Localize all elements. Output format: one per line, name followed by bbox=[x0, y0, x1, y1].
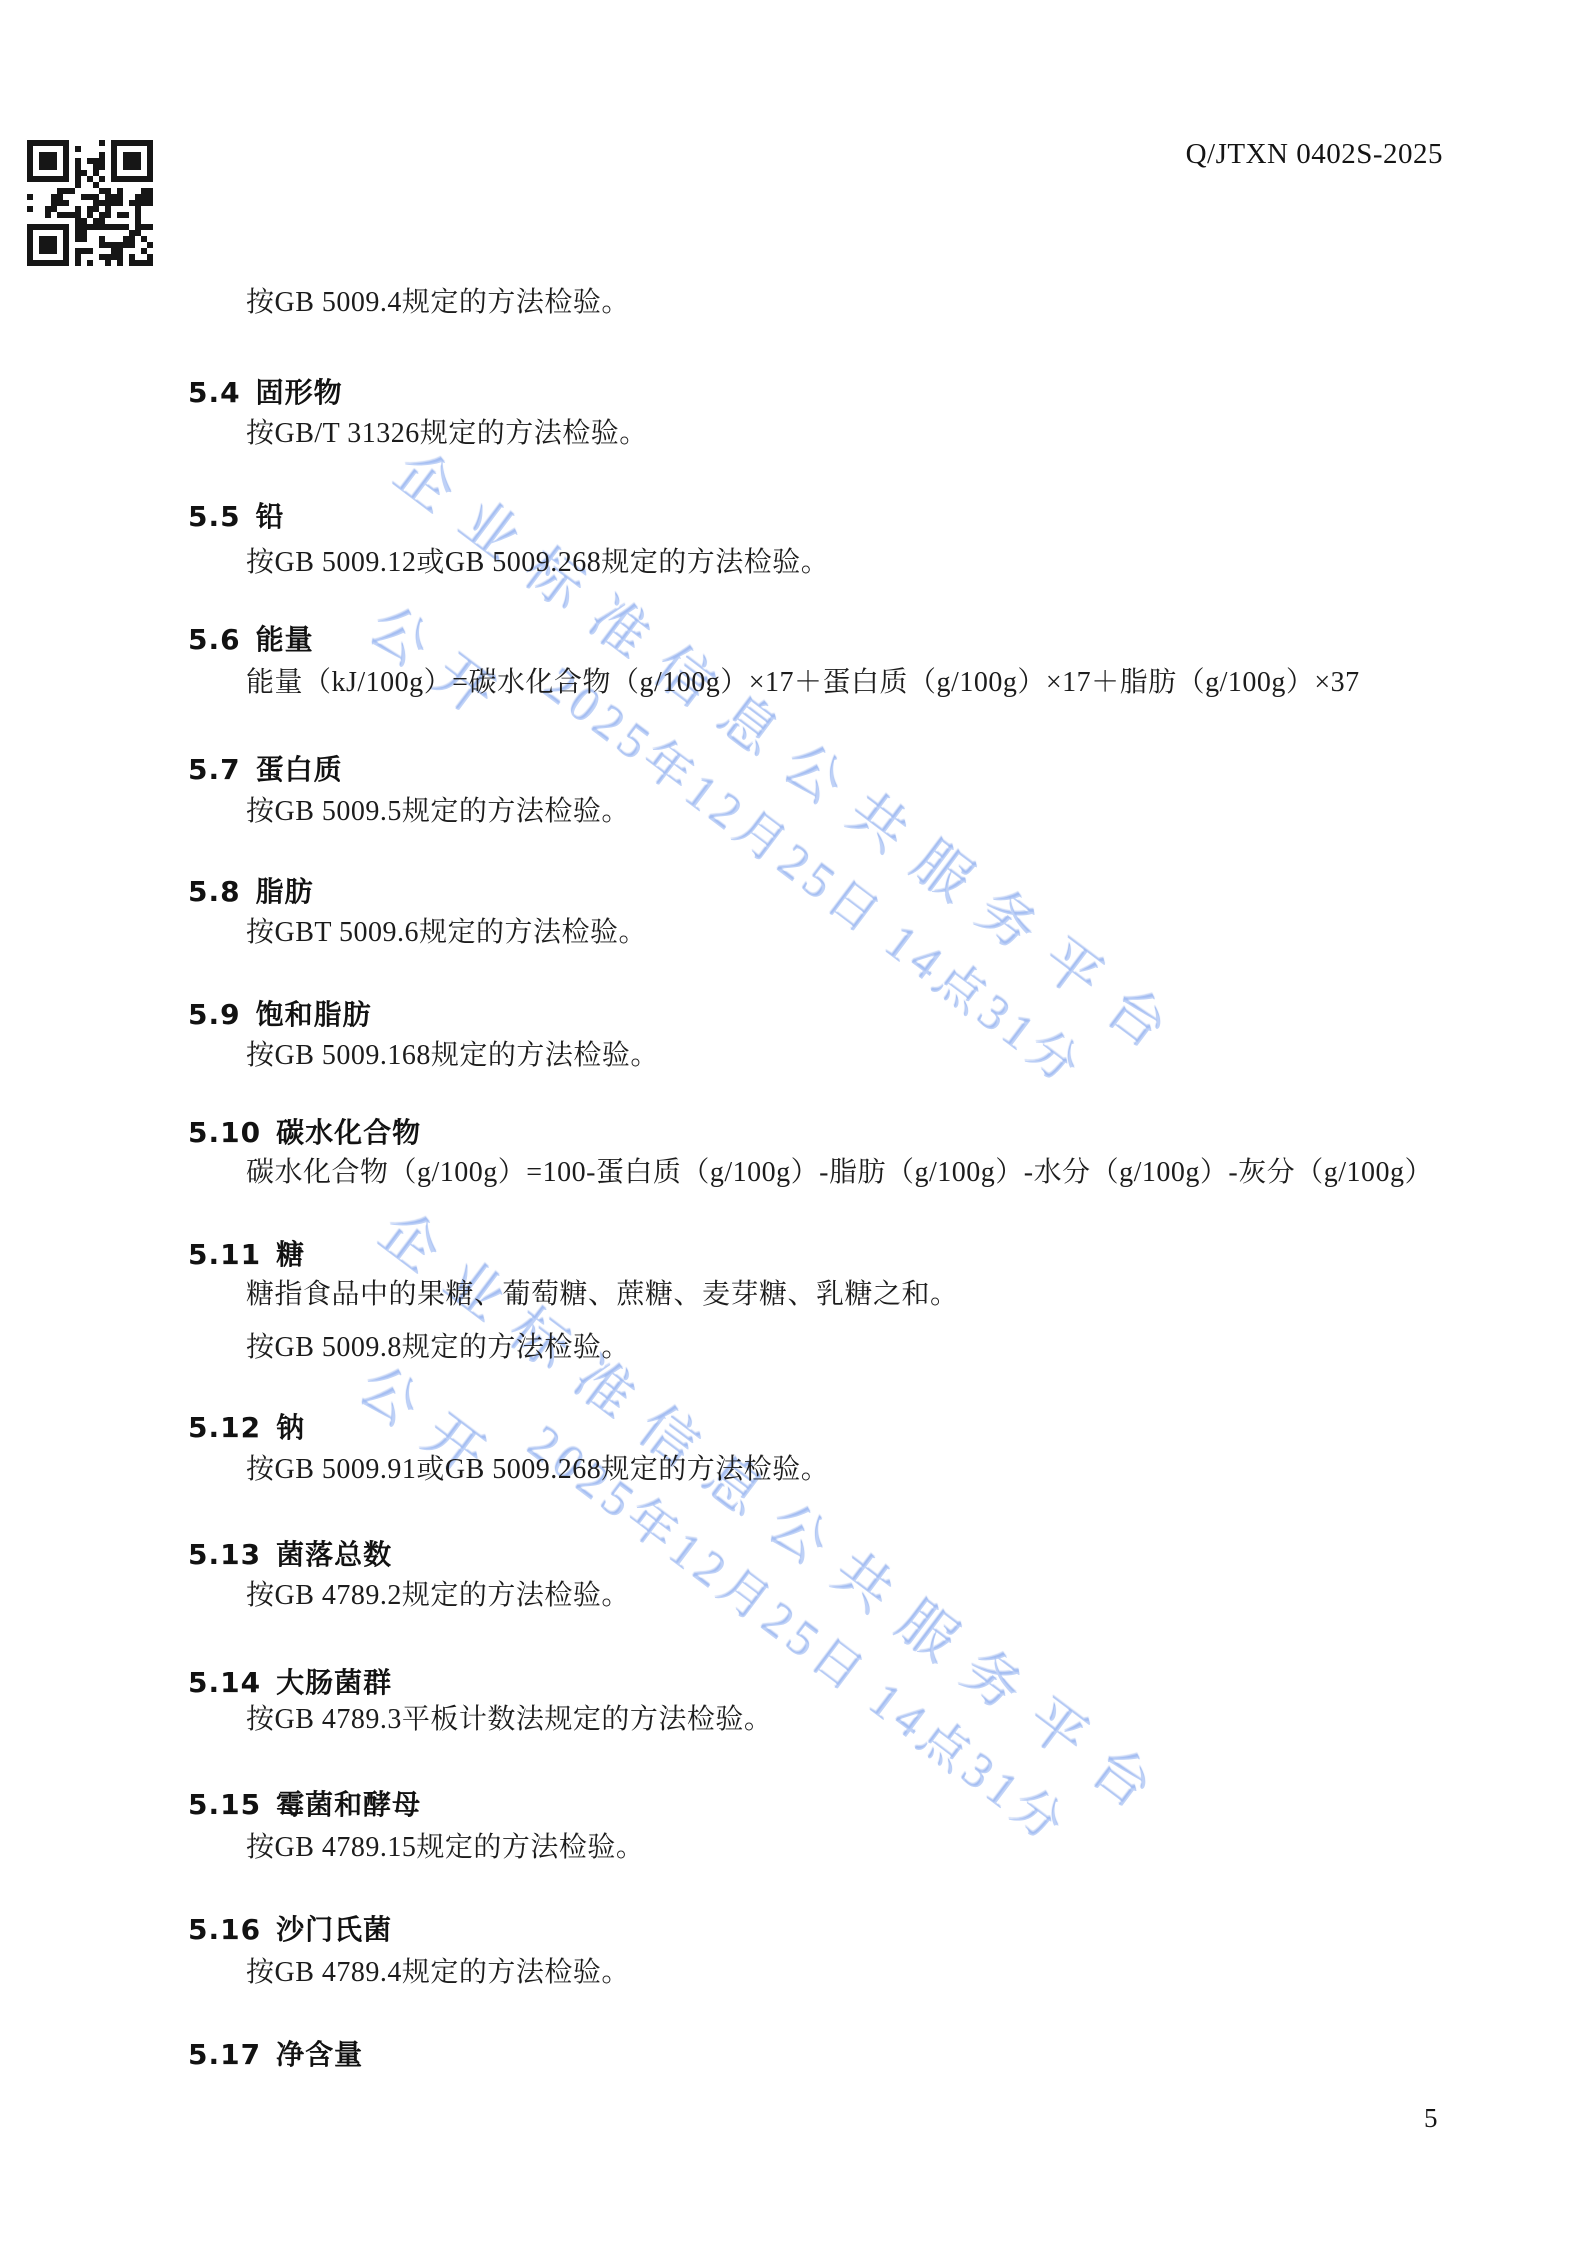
section-title: 糖 bbox=[261, 1238, 305, 1271]
section-number: 5.15 bbox=[188, 1788, 261, 1821]
section-title: 脂肪 bbox=[241, 875, 314, 908]
section-number: 5.11 bbox=[188, 1238, 261, 1271]
section-body-line: 糖指食品中的果糖、葡萄糖、蔗糖、麦芽糖、乳糖之和。 bbox=[246, 1280, 959, 1310]
section-title: 固形物 bbox=[241, 376, 343, 409]
section-number: 5.6 bbox=[188, 623, 241, 656]
section-number: 5.13 bbox=[188, 1538, 261, 1571]
section-title: 净含量 bbox=[261, 2038, 363, 2071]
section-title: 铅 bbox=[241, 500, 285, 533]
section-body-line: 按GB 4789.15规定的方法检验。 bbox=[246, 1833, 644, 1863]
page-number: 5 bbox=[1424, 2103, 1438, 2134]
section-title: 菌落总数 bbox=[261, 1538, 392, 1571]
section-number: 5.14 bbox=[188, 1666, 261, 1699]
section-heading-5.17: 5.17净含量 bbox=[188, 2040, 363, 2070]
section-body-line: 按GB 5009.5规定的方法检验。 bbox=[246, 797, 630, 827]
section-heading-5.11: 5.11糖 bbox=[188, 1240, 305, 1270]
section-title: 钠 bbox=[261, 1411, 305, 1444]
section-heading-5.5: 5.5铅 bbox=[188, 502, 285, 532]
qr-code bbox=[27, 140, 153, 266]
section-body-line: 按GB 4789.3平板计数法规定的方法检验。 bbox=[246, 1705, 772, 1735]
section-number: 5.12 bbox=[188, 1411, 261, 1444]
section-heading-5.7: 5.7蛋白质 bbox=[188, 755, 343, 785]
section-body-line: 按GBT 5009.6规定的方法检验。 bbox=[246, 918, 647, 948]
section-heading-5.14: 5.14大肠菌群 bbox=[188, 1668, 392, 1698]
section-number: 5.5 bbox=[188, 500, 241, 533]
section-title: 霉菌和酵母 bbox=[261, 1788, 421, 1821]
section-title: 碳水化合物 bbox=[261, 1116, 421, 1149]
section-heading-5.9: 5.9饱和脂肪 bbox=[188, 1000, 372, 1030]
section-body-line: 按GB 4789.4规定的方法检验。 bbox=[246, 1958, 630, 1988]
section-heading-5.16: 5.16沙门氏菌 bbox=[188, 1915, 392, 1945]
watermark-platform-text: 企业标准信息公共服务平台 bbox=[381, 428, 1207, 1078]
section-number: 5.4 bbox=[188, 376, 241, 409]
section-body-line: 按GB 4789.2规定的方法检验。 bbox=[246, 1581, 630, 1611]
section-title: 大肠菌群 bbox=[261, 1666, 392, 1699]
section-heading-5.12: 5.12钠 bbox=[188, 1413, 305, 1443]
section-body-line: 按GB/T 31326规定的方法检验。 bbox=[246, 419, 648, 449]
document-page: Q/JTXN 0402S-2025 企业标准信息公共服务平台公开2025年12月… bbox=[0, 0, 1588, 2245]
section-body-line: 碳水化合物（g/100g）=100-蛋白质（g/100g）-脂肪（g/100g）… bbox=[246, 1158, 1433, 1188]
section-title: 能量 bbox=[241, 623, 314, 656]
section-heading-5.13: 5.13菌落总数 bbox=[188, 1540, 392, 1570]
section-title: 饱和脂肪 bbox=[241, 998, 372, 1031]
section-number: 5.17 bbox=[188, 2038, 261, 2071]
section-heading-5.15: 5.15霉菌和酵母 bbox=[188, 1790, 421, 1820]
section-heading-5.4: 5.4固形物 bbox=[188, 378, 343, 408]
section-number: 5.8 bbox=[188, 875, 241, 908]
section-body-line: 按GB 5009.4规定的方法检验。 bbox=[246, 288, 630, 318]
section-number: 5.10 bbox=[188, 1116, 261, 1149]
section-body-line: 按GB 5009.8规定的方法检验。 bbox=[246, 1333, 630, 1363]
section-body-line: 按GB 5009.168规定的方法检验。 bbox=[246, 1041, 659, 1071]
doc-number: Q/JTXN 0402S-2025 bbox=[1186, 138, 1443, 171]
section-number: 5.9 bbox=[188, 998, 241, 1031]
section-title: 蛋白质 bbox=[241, 753, 343, 786]
section-title: 沙门氏菌 bbox=[261, 1913, 392, 1946]
section-heading-5.6: 5.6能量 bbox=[188, 625, 314, 655]
watermark-datetime-text: 2025年12月25日 14点31分 bbox=[532, 648, 1101, 1101]
section-body-line: 按GB 5009.91或GB 5009.268规定的方法检验。 bbox=[246, 1455, 829, 1485]
section-heading-5.8: 5.8脂肪 bbox=[188, 877, 314, 907]
watermark-public-text: 公开 bbox=[355, 583, 534, 746]
section-body-line: 能量（kJ/100g）=碳水化合物（g/100g）×17＋蛋白质（g/100g）… bbox=[246, 668, 1360, 698]
section-number: 5.16 bbox=[188, 1913, 261, 1946]
section-number: 5.7 bbox=[188, 753, 241, 786]
section-heading-5.10: 5.10碳水化合物 bbox=[188, 1118, 421, 1148]
section-body-line: 按GB 5009.12或GB 5009.268规定的方法检验。 bbox=[246, 548, 829, 578]
